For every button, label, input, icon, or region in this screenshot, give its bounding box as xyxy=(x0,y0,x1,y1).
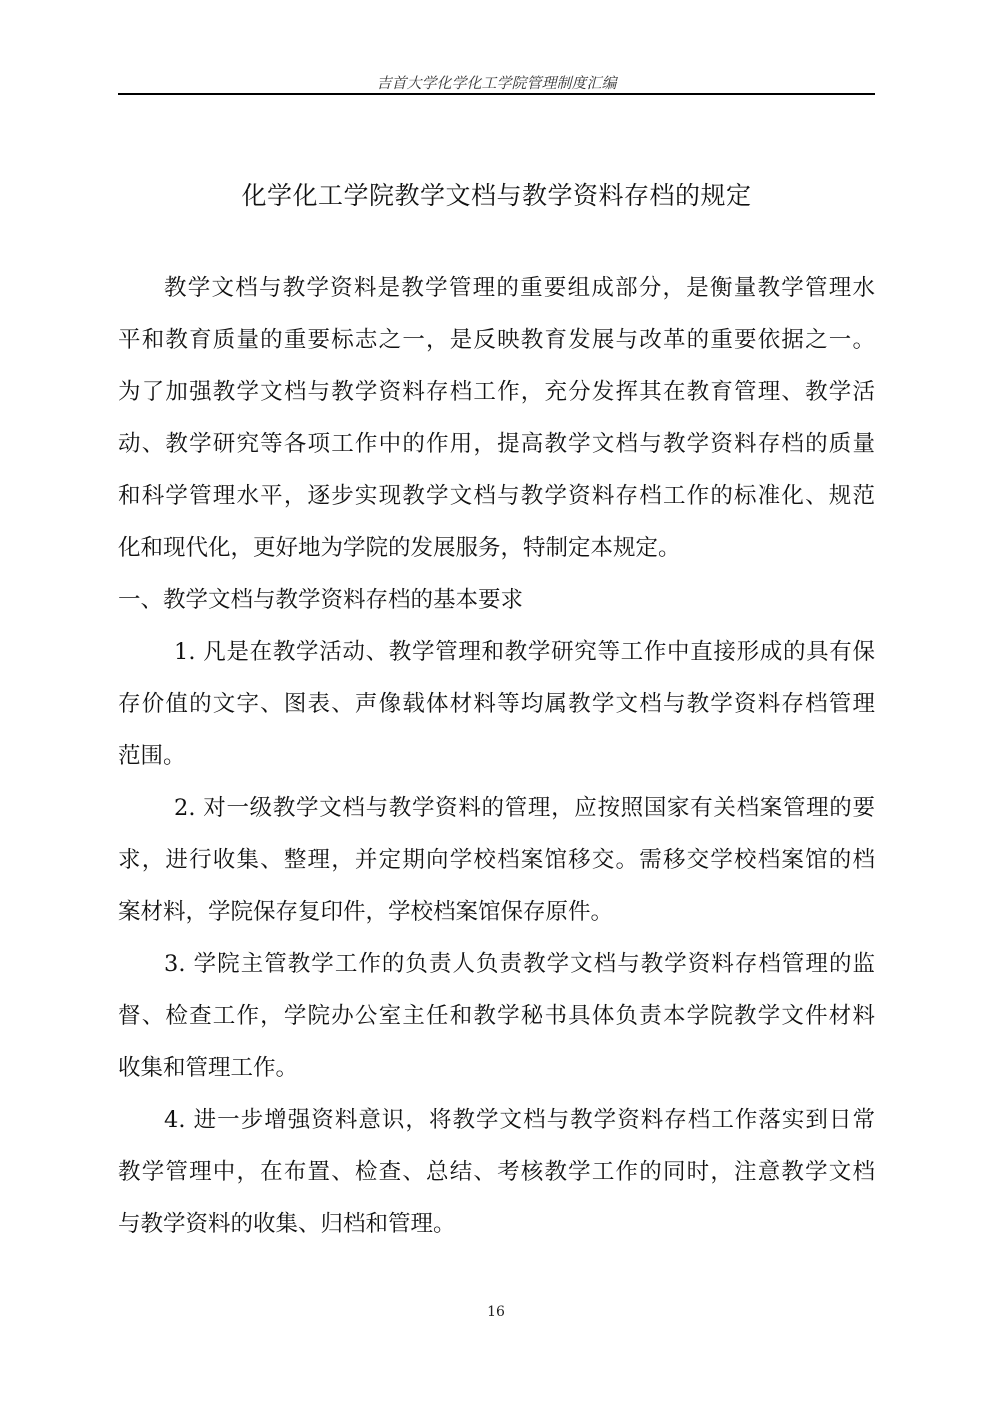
body-line: 动、教学研究等各项工作中的作用，提高教学文档与教学资料存档的质量 xyxy=(118,429,875,459)
document-title: 化学化工学院教学文档与教学资料存档的规定 xyxy=(118,176,875,212)
body-line: 一、教学文档与教学资料存档的基本要求 xyxy=(118,585,875,615)
body-line: 平和教育质量的重要标志之一，是反映教育发展与改革的重要依据之一。 xyxy=(118,325,875,355)
body-line: 求，进行收集、整理，并定期向学校档案馆移交。需移交学校档案馆的档 xyxy=(118,845,875,875)
body-line: 存价值的文字、图表、声像载体材料等均属教学文档与教学资料存档管理 xyxy=(118,689,875,719)
body-line: 督、检查工作，学院办公室主任和教学秘书具体负责本学院教学文件材料 xyxy=(118,1001,875,1031)
running-header: 吉首大学化学化工学院管理制度汇编 xyxy=(118,72,875,93)
body-line: 4. 进一步增强资料意识，将教学文档与教学资料存档工作落实到日常 xyxy=(164,1105,875,1135)
body-line: 2. 对一级教学文档与教学资料的管理，应按照国家有关档案管理的要 xyxy=(174,793,875,823)
body-line: 和科学管理水平，逐步实现教学文档与教学资料存档工作的标准化、规范 xyxy=(118,481,875,511)
body-line: 3. 学院主管教学工作的负责人负责教学文档与教学资料存档管理的监 xyxy=(164,949,875,979)
body-line: 范围。 xyxy=(118,741,875,771)
body-line: 1. 凡是在教学活动、教学管理和教学研究等工作中直接形成的具有保 xyxy=(174,637,875,667)
body-line: 教学文档与教学资料是教学管理的重要组成部分，是衡量教学管理水 xyxy=(164,273,875,303)
page-number: 16 xyxy=(0,1304,992,1320)
body-line: 案材料，学院保存复印件，学校档案馆保存原件。 xyxy=(118,897,875,927)
body-line: 与教学资料的收集、归档和管理。 xyxy=(118,1209,875,1239)
body-line: 化和现代化，更好地为学院的发展服务，特制定本规定。 xyxy=(118,533,875,563)
body-line: 为了加强教学文档与教学资料存档工作，充分发挥其在教育管理、教学活 xyxy=(118,377,875,407)
body-line: 教学管理中，在布置、检查、总结、考核教学工作的同时，注意教学文档 xyxy=(118,1157,875,1187)
body-line: 收集和管理工作。 xyxy=(118,1053,875,1083)
header-rule xyxy=(118,93,875,95)
